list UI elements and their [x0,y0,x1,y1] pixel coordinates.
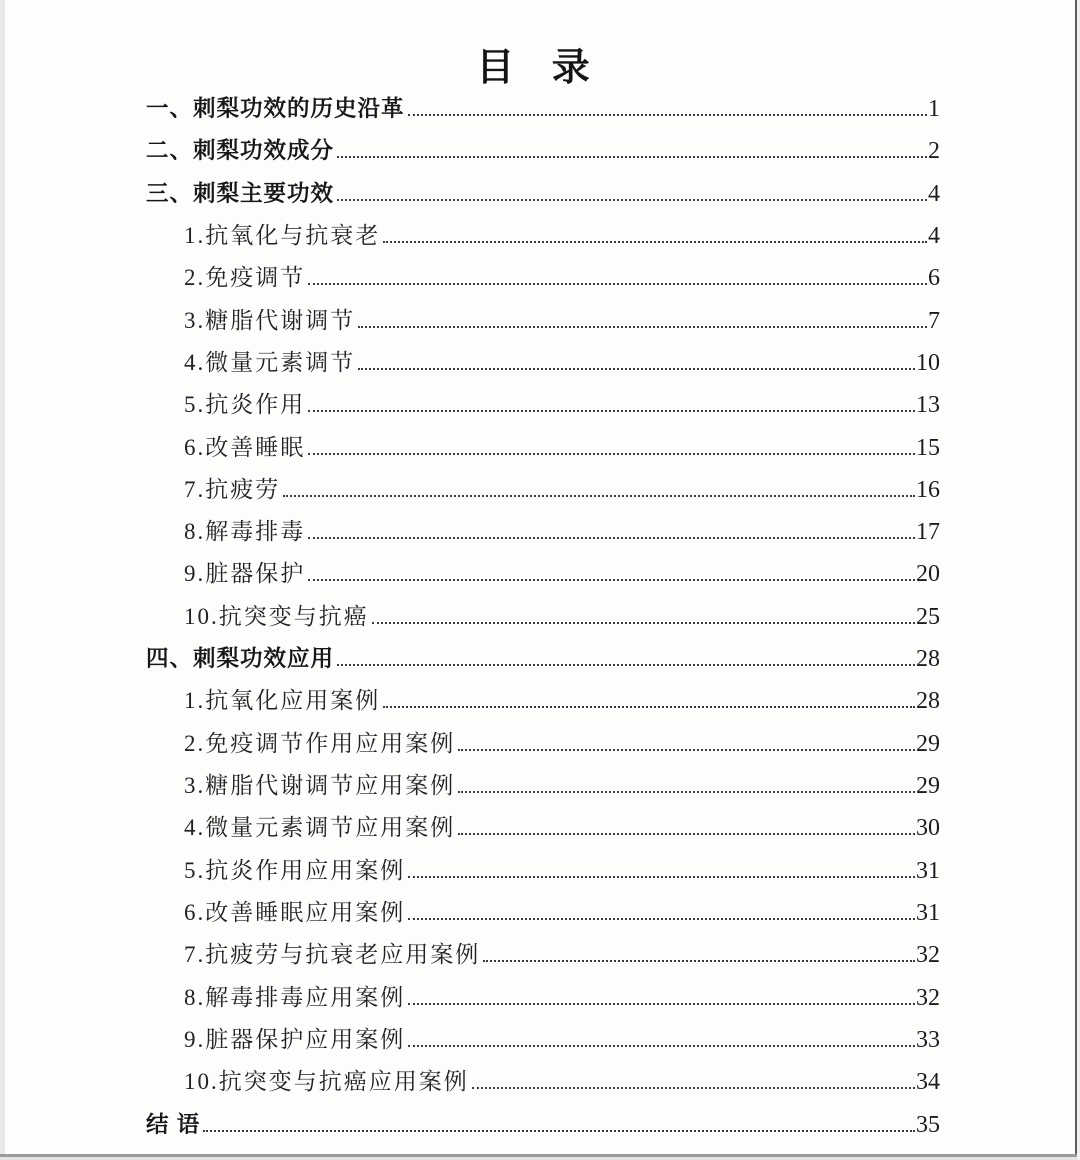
toc-dotted-leader [408,1045,915,1047]
toc-page-number: 32 [916,934,940,976]
toc-entry: 3.糖脂代谢调节应用案例 29 [184,765,940,807]
toc-dotted-leader [337,664,915,666]
toc-entry-label: 一、刺梨功效的历史沿革 [146,88,405,130]
toc-entry-label: 二、刺梨功效成分 [146,130,334,172]
toc-entry-label: 3.糖脂代谢调节 [184,300,355,342]
toc-entry: 7.抗疲劳 16 [184,469,940,511]
toc-dotted-leader [472,1087,915,1089]
toc-entry-label: 4.微量元素调节 [184,342,355,384]
toc-entry-label: 6.改善睡眠 [184,427,305,469]
toc-dotted-leader [458,833,915,835]
toc-entry-label: 10.抗突变与抗癌 [184,596,369,638]
toc-entry-label: 四、刺梨功效应用 [146,638,334,680]
toc-entry: 一、刺梨功效的历史沿革 1 [146,88,940,130]
toc-entry: 1.抗氧化应用案例 28 [184,680,940,722]
toc-dotted-leader [383,241,927,243]
toc-dotted-leader [458,749,915,751]
toc-dotted-leader [458,791,915,793]
toc-entry-label: 7.抗疲劳 [184,469,280,511]
scan-edge-left [0,0,5,1160]
toc-page-number: 30 [916,807,940,849]
toc-entry: 8.解毒排毒应用案例 32 [184,977,940,1019]
toc-page-number: 20 [916,553,940,595]
toc-dotted-leader [408,876,915,878]
toc-dotted-leader [308,579,915,581]
toc-dotted-leader [358,368,915,370]
toc-page-number: 13 [916,384,940,426]
toc-entry-label: 结 语 [146,1104,200,1146]
toc-page-number: 15 [916,427,940,469]
toc-entry-label: 2.免疫调节作用应用案例 [184,723,455,765]
toc-entry-label: 2.免疫调节 [184,257,305,299]
document-page: 目 录 一、刺梨功效的历史沿革 1 二、刺梨功效成分 2 三、刺梨主要功效 4 … [0,0,1080,1160]
toc-dotted-leader [358,326,927,328]
toc-page-number: 4 [928,173,940,215]
toc-dotted-leader [383,706,915,708]
toc-page-number: 28 [916,638,940,680]
toc-entry-label: 3.糖脂代谢调节应用案例 [184,765,455,807]
toc-entry: 4.微量元素调节应用案例 30 [184,807,940,849]
toc-page-number: 31 [916,892,940,934]
toc-entry: 7.抗疲劳与抗衰老应用案例 32 [184,934,940,976]
toc-entry: 4.微量元素调节 10 [184,342,940,384]
toc-dotted-leader [337,199,927,201]
toc-page-number: 29 [916,765,940,807]
toc-page-number: 4 [928,215,940,257]
toc-page-number: 33 [916,1019,940,1061]
toc-page-number: 2 [928,130,940,172]
toc-entry: 5.抗炎作用应用案例 31 [184,850,940,892]
toc-entry: 8.解毒排毒 17 [184,511,940,553]
toc-entry-label: 5.抗炎作用应用案例 [184,850,405,892]
toc-entry-label: 三、刺梨主要功效 [146,173,334,215]
toc-entry: 9.脏器保护 20 [184,553,940,595]
toc-entry: 1.抗氧化与抗衰老 4 [184,215,940,257]
toc-entry-label: 1.抗氧化应用案例 [184,680,380,722]
toc-entry: 二、刺梨功效成分 2 [146,130,940,172]
toc-dotted-leader [408,1003,915,1005]
toc-page-number: 17 [916,511,940,553]
toc-entry: 2.免疫调节 6 [184,257,940,299]
toc-entry: 9.脏器保护应用案例 33 [184,1019,940,1061]
toc-entry-label: 7.抗疲劳与抗衰老应用案例 [184,934,480,976]
toc-page-number: 7 [928,300,940,342]
toc-entry: 3.糖脂代谢调节 7 [184,300,940,342]
toc-dotted-leader [372,622,915,624]
toc-entry: 四、刺梨功效应用 28 [146,638,940,680]
toc-dotted-leader [308,453,915,455]
toc-entry: 10.抗突变与抗癌应用案例 34 [184,1061,940,1103]
toc-page-number: 1 [928,88,940,130]
toc-entry: 2.免疫调节作用应用案例 29 [184,723,940,765]
toc-entry: 10.抗突变与抗癌 25 [184,596,940,638]
toc-dotted-leader [337,156,927,158]
toc-dotted-leader [308,283,927,285]
toc-entry-label: 4.微量元素调节应用案例 [184,807,455,849]
toc-entry-label: 5.抗炎作用 [184,384,305,426]
toc-dotted-leader [203,1130,915,1132]
toc-entry-label: 1.抗氧化与抗衰老 [184,215,380,257]
toc-dotted-leader [483,960,915,962]
toc-page-number: 25 [916,596,940,638]
toc-entry-label: 8.解毒排毒应用案例 [184,977,405,1019]
toc-page-number: 34 [916,1061,940,1103]
toc-dotted-leader [308,410,915,412]
toc-page-number: 6 [928,257,940,299]
toc-entry: 6.改善睡眠应用案例 31 [184,892,940,934]
toc-title: 目 录 [0,36,1080,91]
toc-entry: 三、刺梨主要功效 4 [146,173,940,215]
toc-entry: 6.改善睡眠 15 [184,427,940,469]
toc-dotted-leader [308,537,915,539]
toc-entry: 5.抗炎作用 13 [184,384,940,426]
toc-list: 一、刺梨功效的历史沿革 1 二、刺梨功效成分 2 三、刺梨主要功效 4 1.抗氧… [146,88,940,1146]
toc-dotted-leader [408,918,915,920]
toc-dotted-leader [408,114,927,116]
toc-page-number: 31 [916,850,940,892]
toc-page-number: 28 [916,680,940,722]
toc-entry-label: 9.脏器保护 [184,553,305,595]
toc-entry-label: 10.抗突变与抗癌应用案例 [184,1061,469,1103]
toc-page-number: 35 [916,1104,940,1146]
toc-entry-label: 9.脏器保护应用案例 [184,1019,405,1061]
toc-dotted-leader [283,495,915,497]
toc-page-number: 16 [916,469,940,511]
toc-entry: 结 语 35 [146,1104,940,1146]
toc-entry-label: 6.改善睡眠应用案例 [184,892,405,934]
scan-edge-right [1075,0,1077,1160]
toc-page-number: 10 [916,342,940,384]
toc-page-number: 32 [916,977,940,1019]
toc-page-number: 29 [916,723,940,765]
toc-entry-label: 8.解毒排毒 [184,511,305,553]
